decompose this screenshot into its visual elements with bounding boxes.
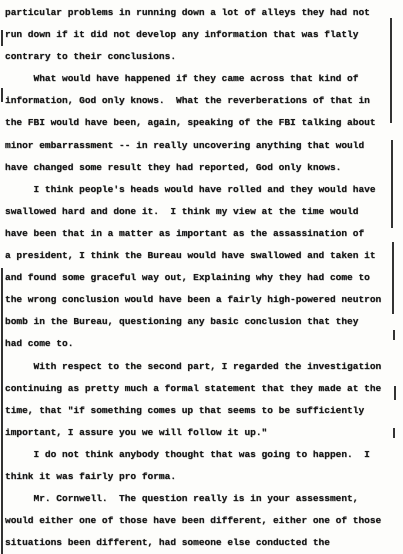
- document-line: think it was fairly pro forma.: [5, 466, 399, 488]
- scan-edge-right-segment-3: [392, 242, 394, 314]
- document-line: have changed some result they had report…: [5, 157, 399, 179]
- document-line: information, God only knows. What the re…: [5, 90, 399, 112]
- document-line: and found some graceful way out, Explain…: [5, 267, 399, 289]
- document-line: time, that "if something comes up that s…: [5, 400, 399, 422]
- document-line: important, I assure you we will follow i…: [5, 422, 399, 444]
- scan-edge-right-dash-3: [393, 428, 395, 438]
- scan-edge-right-segment-1: [390, 18, 392, 123]
- document-line: have been that in a matter as important …: [5, 223, 399, 245]
- document-line: What would have happened if they came ac…: [5, 68, 399, 90]
- scan-edge-left-tick-top: [1, 30, 3, 46]
- document-line: contrary to their conclusions.: [5, 46, 399, 68]
- document-line: minor embarrassment -- in really uncover…: [5, 135, 399, 157]
- scanned-document-page: particular problems in running down a lo…: [0, 0, 403, 554]
- scan-edge-right-segment-2: [391, 140, 393, 228]
- document-line: the wrong conclusion would have been a f…: [5, 289, 399, 311]
- document-line: situations been different, had someone e…: [5, 532, 399, 554]
- document-line: I think people's heads would have rolled…: [5, 179, 399, 201]
- document-text-block: particular problems in running down a lo…: [5, 2, 399, 554]
- document-line: had come to.: [5, 333, 399, 355]
- document-line: Mr. Cornwell. The question really is in …: [5, 488, 399, 510]
- document-line: continuing as pretty much a formal state…: [5, 378, 399, 400]
- document-line: run down if it did not develop any infor…: [5, 24, 399, 46]
- scan-edge-left-line: [1, 268, 3, 554]
- document-line: I do not think anybody thought that was …: [5, 444, 399, 466]
- document-line: bomb in the Bureau, questioning any basi…: [5, 311, 399, 333]
- document-line: would either one of those have been diff…: [5, 510, 399, 532]
- scan-edge-right-dash-1: [393, 330, 395, 340]
- document-line: particular problems in running down a lo…: [5, 2, 399, 24]
- scan-edge-left-tick-upper: [1, 88, 3, 102]
- document-line: With respect to the second part, I regar…: [5, 356, 399, 378]
- document-line: swallowed hard and done it. I think my v…: [5, 201, 399, 223]
- document-line: a president, I think the Bureau would ha…: [5, 245, 399, 267]
- document-line: the FBI would have been, again, speaking…: [5, 112, 399, 134]
- scan-edge-right-dash-2: [394, 386, 396, 400]
